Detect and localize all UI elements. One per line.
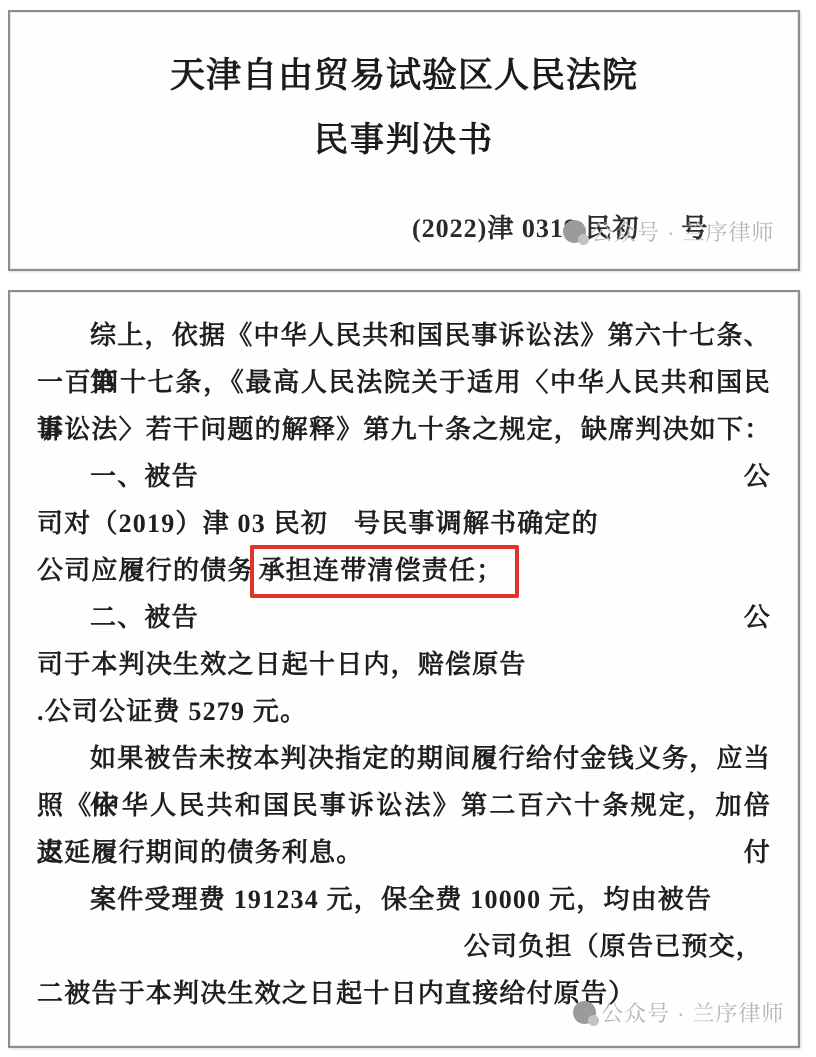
case-number-suffix: 号 (681, 214, 708, 243)
judgment-line-12: 迟延履行期间的债务利息。 (37, 829, 771, 876)
judgment-line-14: 公司负担（原告已预交， (37, 923, 771, 970)
court-name: 天津自由贸易试验区人民法院 (10, 48, 798, 98)
judgment-line-6: 公司应履行的债务承担连带清偿责任； (37, 547, 771, 594)
defendant-2-trailing-char: 公 (744, 594, 771, 641)
document-title: 民事判决书 (10, 112, 798, 161)
case-number-prefix: (2022)津 0319 民初 (412, 214, 639, 243)
defendant-1-label: 一、被告 (37, 453, 199, 500)
judgment-line-13: 案件受理费 191234 元，保全费 10000 元，均由被告 (37, 876, 771, 923)
judgment-body-panel: 综上，依据《中华人民共和国民事诉讼法》第六十七条、第 一百四十七条，《最高人民法… (8, 290, 800, 1048)
judgment-line-15: 二被告于本判决生效之日起十日内直接给付原告） (37, 970, 771, 1017)
judgment-line-10: 如果被告未按本判决指定的期间履行给付金钱义务，应当依 (37, 735, 771, 782)
judgment-line-7: 二、被告 公 (37, 594, 771, 641)
defendant-2-label: 二、被告 (37, 594, 199, 641)
judgment-line-3: 诉讼法〉若干问题的解释》第九十条之规定，缺席判决如下： (37, 406, 771, 453)
judgment-line-8: 司于本判决生效之日起十日内，赔偿原告 (37, 641, 771, 688)
judgment-line-4: 一、被告 公 (37, 453, 771, 500)
mediation-document-text: 号民事调解书确定的 (354, 509, 599, 538)
judgment-line-9: .公司公证费 5279 元。 (37, 688, 771, 735)
header-panel: 天津自由贸易试验区人民法院 民事判决书 (2022)津 0319 民初号 (8, 10, 800, 271)
judgment-line-11: 照《中华人民共和国民事诉讼法》第二百六十条规定，加倍支付 (37, 782, 771, 829)
judgment-line-1: 综上，依据《中华人民共和国民事诉讼法》第六十七条、第 (37, 312, 771, 359)
mediation-case-reference: 司对（2019）津 03 民初 (37, 509, 328, 538)
defendant-1-trailing-char: 公 (744, 453, 771, 500)
obligation-text: 公司应履行的债务 (37, 556, 255, 585)
highlighted-liability-text: 承担连带清偿责任； (250, 545, 520, 598)
judgment-line-5: 司对（2019）津 03 民初号民事调解书确定的 (37, 500, 771, 547)
case-number: (2022)津 0319 民初号 (412, 208, 708, 245)
judgment-line-2: 一百四十七条，《最高人民法院关于适用〈中华人民共和国民事 (37, 359, 771, 406)
